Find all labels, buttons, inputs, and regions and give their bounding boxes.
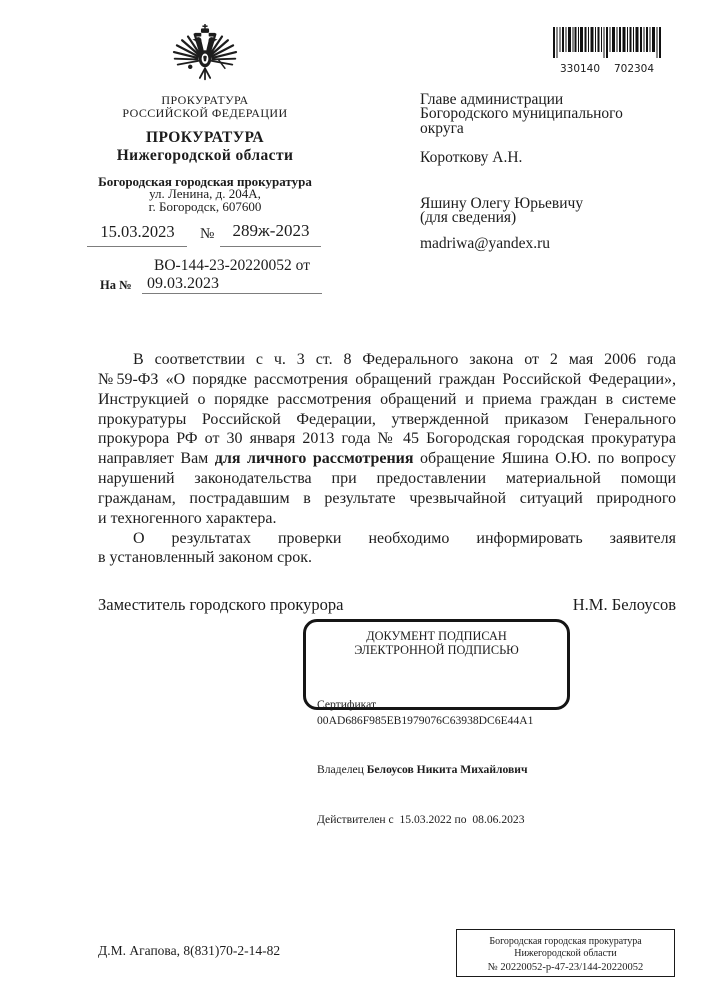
letter-body: В соответствии с ч. 3 ст. 8 Федерального…	[98, 350, 676, 568]
barcode-digits-right: 702304	[607, 63, 661, 75]
body-line: в установленный законом срок.	[98, 548, 676, 568]
certificate-value: 00AD686F985EB1979076C63938DC6E44A1	[317, 714, 533, 727]
registration-office-line1: Богородская городская прокуратура	[457, 936, 674, 948]
body-line: гражданам, пострадавшим в результате чре…	[98, 489, 676, 509]
signer-name: Н.М. Белоусов	[573, 595, 676, 615]
document-date: 15.03.2023	[88, 222, 187, 242]
stamp-title-line1: ДОКУМЕНТ ПОДПИСАН	[306, 630, 567, 644]
body-line-segment: обращение Яшина О.Ю. по вопросу	[414, 450, 676, 467]
number-sign: №	[200, 226, 214, 243]
owner-line: Владелец Белоусов Никита Михайлович	[317, 762, 567, 778]
body-line: и техногенного характера.	[98, 509, 676, 529]
registration-number: № 20220052-р-47-23/144-20220052	[457, 962, 674, 974]
org-name-line2: РОССИЙСКОЙ ФЕДЕРАЦИИ	[88, 107, 322, 120]
registration-office-line2: Нижегородской области	[457, 948, 674, 960]
addressee-line3: округа	[420, 122, 682, 136]
region-prosecutor-line2: Нижегородской области	[88, 147, 322, 165]
incoming-reference-number: ВО-144-23-20220052 от	[142, 257, 322, 275]
stamp-title-line2: ЭЛЕКТРОННОЙ ПОДПИСЬЮ	[306, 644, 567, 658]
signer-position: Заместитель городского прокурора	[98, 595, 344, 615]
barcode-bars	[553, 27, 661, 58]
body-line: прокурора РФ от 30 января 2013 года № 45…	[98, 429, 676, 449]
owner-label: Владелец	[317, 763, 367, 776]
document-page: ПРОКУРАТУРА РОССИЙСКОЙ ФЕДЕРАЦИИ ПРОКУРА…	[0, 0, 706, 1000]
electronic-signature-stamp: ДОКУМЕНТ ПОДПИСАН ЭЛЕКТРОННОЙ ПОДПИСЬЮ С…	[303, 619, 570, 710]
addressee-name-primary: Короткову А.Н.	[420, 151, 682, 165]
body-line-bold-segment: для личного рассмотрения	[215, 450, 414, 467]
body-line: направляет Вам для личного рассмотрения …	[98, 449, 676, 469]
certificate-line: Сертификат 00AD686F985EB1979076C63938DC6…	[317, 697, 567, 730]
region-prosecutor-line1: ПРОКУРАТУРА	[88, 129, 322, 147]
coat-of-arms-eagle-icon	[168, 24, 242, 89]
recipient-email: madriwa@yandex.ru	[420, 237, 682, 251]
validity-line: Действителен с 15.03.2022 по 08.06.2023	[317, 812, 567, 828]
barcode-digits-left: 330140	[553, 63, 607, 75]
outgoing-number: 289ж-2023	[221, 221, 321, 241]
number-underline	[220, 246, 321, 247]
body-line: прокуратуры Российской Федерации, утверж…	[98, 410, 676, 430]
body-line: В соответствии с ч. 3 ст. 8 Федерального…	[98, 350, 676, 370]
body-line: №59-ФЗ «О порядке рассмотрения обращений…	[98, 370, 676, 390]
stamp-title: ДОКУМЕНТ ПОДПИСАН ЭЛЕКТРОННОЙ ПОДПИСЬЮ	[306, 630, 567, 657]
registration-box: Богородская городская прокуратура Нижего…	[456, 929, 675, 977]
incoming-reference-date: 09.03.2023	[147, 275, 219, 293]
body-line-segment: направляет Вам	[98, 450, 215, 467]
certificate-label: Сертификат	[317, 698, 379, 711]
barcode: 330140 702304	[553, 27, 663, 75]
letterhead: ПРОКУРАТУРА РОССИЙСКОЙ ФЕДЕРАЦИИ ПРОКУРА…	[88, 24, 322, 213]
executor-contact: Д.М. Агапова, 8(831)70-2-14-82	[98, 943, 280, 959]
addressee: Главе администрации Богородского муницип…	[420, 93, 682, 136]
signature-row: Заместитель городского прокурора Н.М. Бе…	[98, 595, 676, 615]
addressee-for-information-note: (для сведения)	[420, 211, 682, 225]
reply-to-label: На №	[100, 278, 132, 293]
office-address-city: г. Богородск, 607600	[88, 201, 322, 214]
addressee-name-secondary: Яшину Олегу Юрьевичу (для сведения)	[420, 197, 682, 226]
reference-underline	[142, 293, 322, 294]
body-line: О результатах проверки необходимо информ…	[98, 529, 676, 549]
date-underline	[87, 246, 187, 247]
owner-name: Белоусов Никита Михайлович	[367, 763, 528, 776]
body-line: Инструкцией о порядке рассмотрения обращ…	[98, 390, 676, 410]
body-line: нарушений законодательства при предостав…	[98, 469, 676, 489]
